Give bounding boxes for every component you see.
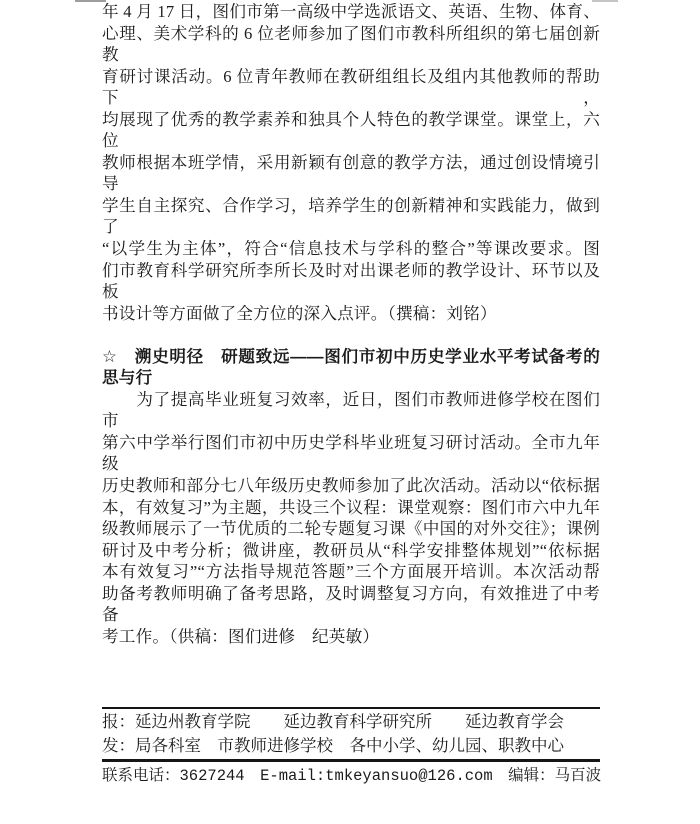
text-line: 考工作。（供稿：图们进修 纪英敏） — [102, 626, 600, 648]
footer-top-rule — [102, 707, 600, 709]
text-line: “以学生为主体”，符合“信息技术与学科的整合”等课改要求。图 — [102, 238, 600, 260]
text-line: 们市教育科学研究所李所长及时对出课老师的教学设计、环节以及板 — [102, 260, 600, 303]
text-line: 均展现了优秀的教学素养和独具个人特色的教学课堂。课堂上，六位 — [102, 109, 600, 152]
text-line: 心理、美术学科的 6 位老师参加了图们市教科所组织的第七届创新教 — [102, 23, 600, 66]
text-line: 思与行 — [102, 367, 600, 389]
paragraph-history-review-activity: 为了提高毕业班复习效率，近日，图们市教师进修学校在图们市第六中学举行图们市初中历… — [102, 389, 600, 648]
text-line: 学生自主探究、合作学习，培养学生的创新精神和实践能力，做到了 — [102, 195, 600, 238]
text-line: 助备考教师明确了备考思路，及时调整复习方向，有效推进了中考备 — [102, 583, 600, 626]
text-line: 历史教师和部分七八年级历史教师参加了此次活动。活动以“依标据 — [102, 475, 600, 497]
text-line: ☆ 溯史明径 研题致远——图们市初中历史学业水平考试备考的 — [102, 346, 600, 368]
text-line: 育研讨课活动。6 位青年教师在教研组组长及组内其他教师的帮助下， — [102, 66, 600, 109]
document-page: 年 4 月 17 日，图们市第一高级中学选派语文、英语、生物、体育、心理、美术学… — [0, 0, 700, 824]
newsletter-footer: 报：延边州教育学院 延边教育科学研究所 延边教育学会 发：局各科室 市教师进修学… — [102, 707, 600, 787]
text-line: 教师根据本班学情，采用新颖有创意的教学方法，通过创设情境引导 — [102, 152, 600, 195]
section-heading-history-exam-prep: ☆ 溯史明径 研题致远——图们市初中历史学业水平考试备考的思与行 — [102, 346, 600, 389]
footer-bottom-rule — [102, 759, 600, 762]
document-body: 年 4 月 17 日，图们市第一高级中学选派语文、英语、生物、体育、心理、美术学… — [102, 1, 600, 647]
text-line: 第六中学举行图们市初中历史学科毕业班复习研讨活动。全市九年级 — [102, 432, 600, 475]
text-line: 年 4 月 17 日，图们市第一高级中学选派语文、英语、生物、体育、 — [102, 1, 600, 23]
text-line: 书设计等方面做了全方位的深入点评。（撰稿：刘铭） — [102, 303, 600, 325]
text-line: 研讨及中考分析；微讲座，教研员从“科学安排整体规划”“依标据 — [102, 540, 600, 562]
footer-distribution-line: 发：局各科室 市教师进修学校 各中小学、幼儿园、职教中心 — [102, 735, 600, 757]
footer-contact-line: 联系电话：3627244 E-mail:tmkeyansuo@126.com 编… — [102, 766, 600, 788]
paragraph-innovation-lesson-activity: 年 4 月 17 日，图们市第一高级中学选派语文、英语、生物、体育、心理、美术学… — [102, 1, 600, 324]
text-line: 本，有效复习”为主题，共设三个议程：课堂观察：图们市六中九年 — [102, 497, 600, 519]
text-line: 为了提高毕业班复习效率，近日，图们市教师进修学校在图们市 — [102, 389, 600, 432]
footer-report-line: 报：延边州教育学院 延边教育科学研究所 延边教育学会 — [102, 711, 600, 733]
text-line: 级教师展示了一节优质的二轮专题复习课《中国的对外交往》；课例 — [102, 518, 600, 540]
text-line: 本有效复习”“方法指导规范答题”三个方面展开培训。本次活动帮 — [102, 561, 600, 583]
